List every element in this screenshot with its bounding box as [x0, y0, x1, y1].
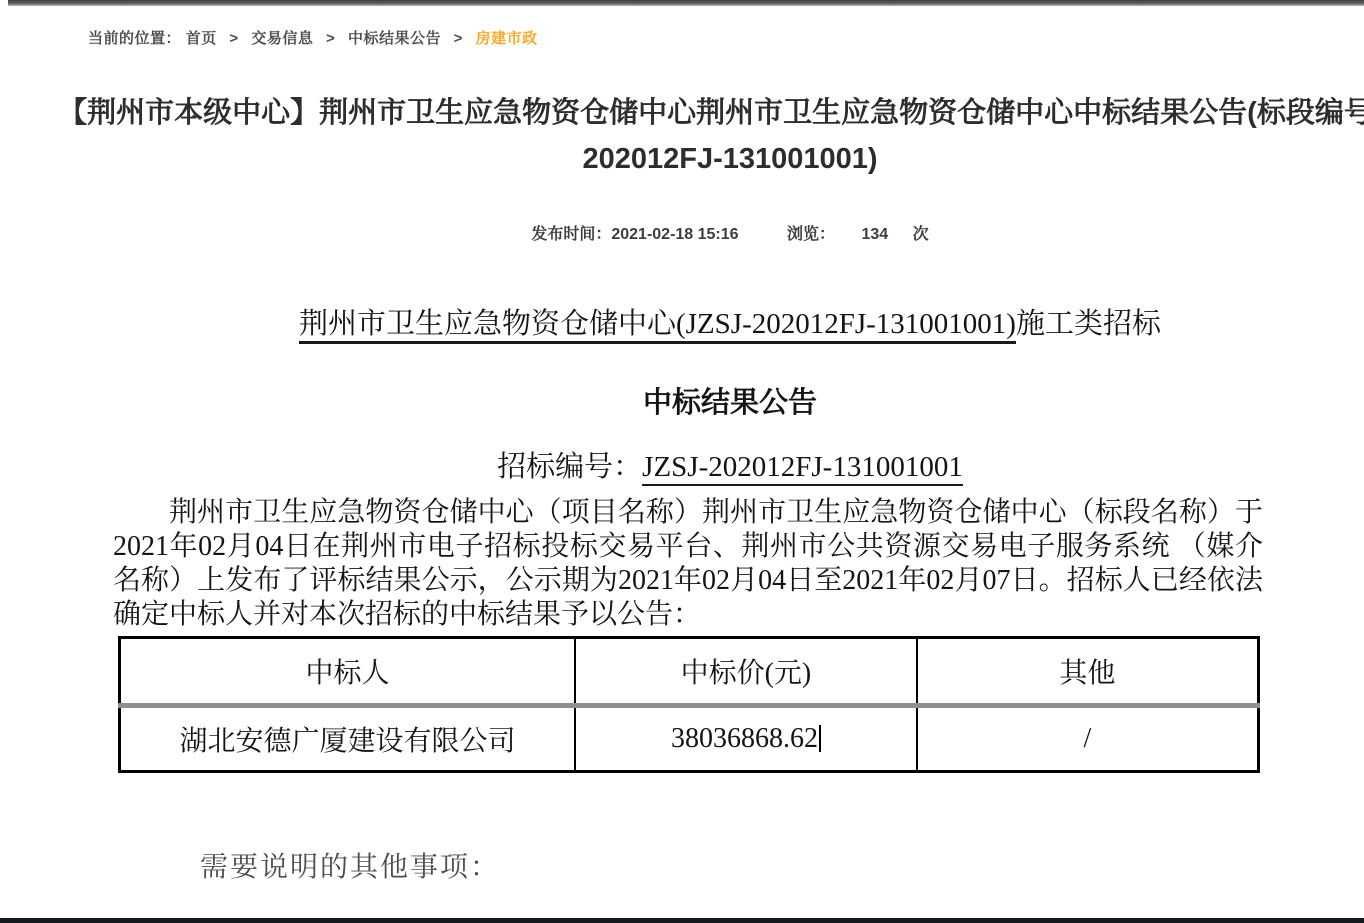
header-winner: 中标人	[120, 638, 576, 706]
breadcrumb-link-trade-info[interactable]: 交易信息	[251, 30, 313, 47]
bid-result-table: 中标人 中标价(元) 其他 湖北安德广厦建设有限公司 38036868.62 /	[118, 636, 1260, 773]
views-label: 浏览：	[787, 226, 835, 243]
page-canvas: 当前的位置： 首页 > 交易信息 > 中标结果公告 > 房建市政 【荆州市本级中…	[0, 0, 1364, 923]
winner-cell: 湖北安德广厦建设有限公司	[120, 706, 576, 772]
document-heading: 中标结果公告	[0, 380, 1364, 421]
announcement-paragraph: 荆州市卫生应急物资仓储中心（项目名称）荆州市卫生应急物资仓储中心（标段名称）于2…	[113, 496, 1263, 632]
breadcrumb-current-category[interactable]: 房建市政	[476, 30, 538, 47]
footer-note: 需要说明的其他事项：	[200, 845, 500, 885]
views-unit: 次	[913, 226, 929, 243]
views-count: 134	[861, 226, 888, 243]
bottom-edge-bar	[0, 918, 1364, 923]
publish-time-label: 发布时间：	[531, 226, 611, 243]
breadcrumb-separator: >	[326, 30, 335, 47]
breadcrumb-label: 当前的位置：	[88, 30, 181, 47]
breadcrumb-link-home[interactable]: 首页	[186, 30, 217, 47]
breadcrumb: 当前的位置： 首页 > 交易信息 > 中标结果公告 > 房建市政	[88, 27, 538, 48]
page-title-line2: 202012FJ-131001001)	[0, 136, 1364, 182]
bid-number-label: 招标编号：	[497, 451, 642, 483]
bid-number-line: 招标编号：JZSJ-202012FJ-131001001	[0, 444, 1364, 485]
header-other: 其他	[917, 638, 1259, 706]
table-header-row: 中标人 中标价(元) 其他	[120, 638, 1259, 706]
price-cell[interactable]: 38036868.62	[575, 706, 917, 772]
publish-time-value: 2021-02-18 15:16	[611, 226, 738, 243]
breadcrumb-separator: >	[454, 30, 463, 47]
page-title-line1: 【荆州市本级中心】荆州市卫生应急物资仓储中心荆州市卫生应急物资仓储中心中标结果公…	[0, 90, 1364, 136]
document-subtitle-rest: 施工类招标	[1016, 308, 1161, 340]
breadcrumb-separator: >	[229, 30, 238, 47]
publish-meta: 发布时间：2021-02-18 15:16 浏览： 134 次	[0, 221, 1364, 244]
price-value: 38036868.62	[671, 723, 818, 754]
other-cell: /	[917, 706, 1259, 772]
text-caret	[819, 725, 821, 752]
document-subtitle-underlined: 荆州市卫生应急物资仓储中心(JZSJ-202012FJ-131001001)	[299, 308, 1016, 344]
table-row: 湖北安德广厦建设有限公司 38036868.62 /	[120, 706, 1259, 772]
page-title: 【荆州市本级中心】荆州市卫生应急物资仓储中心荆州市卫生应急物资仓储中心中标结果公…	[0, 90, 1364, 182]
document-subtitle: 荆州市卫生应急物资仓储中心(JZSJ-202012FJ-131001001)施工…	[0, 301, 1364, 342]
header-price: 中标价(元)	[575, 638, 917, 706]
bid-number-value: JZSJ-202012FJ-131001001	[642, 451, 963, 486]
breadcrumb-link-bid-results[interactable]: 中标结果公告	[348, 30, 441, 47]
